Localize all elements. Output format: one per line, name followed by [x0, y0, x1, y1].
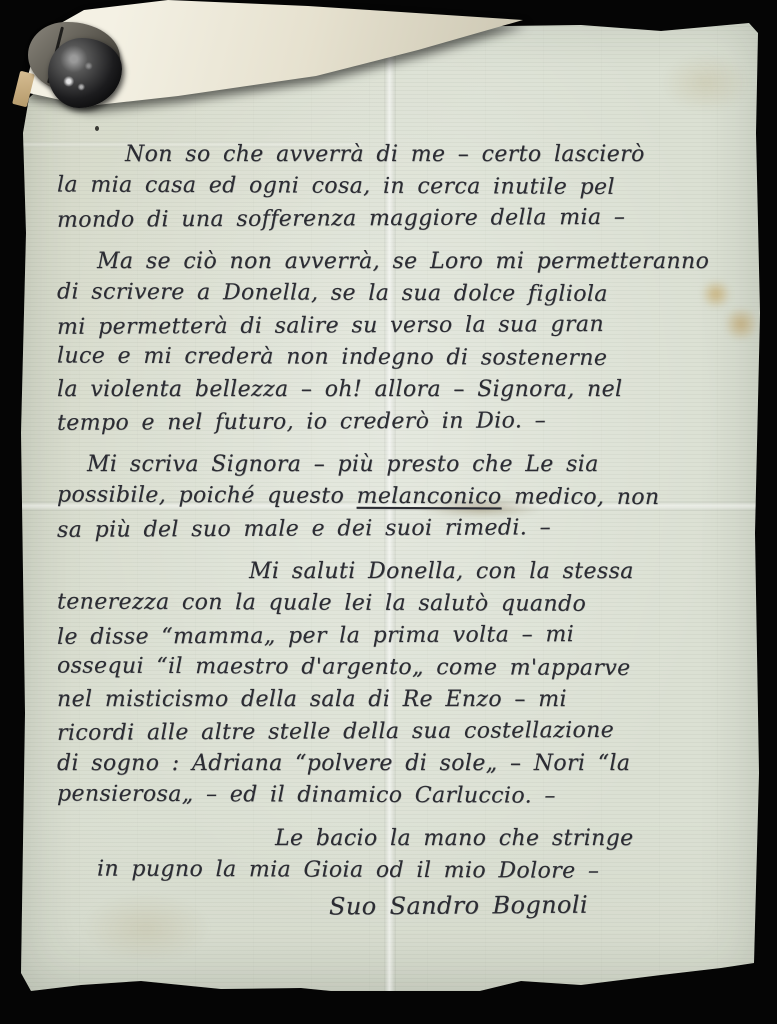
handwritten-line: Le bacio la mano che stringe	[275, 823, 757, 855]
handwritten-line: la mia casa ed ogni cosa, in cerca inuti…	[57, 169, 757, 204]
age-stain	[661, 53, 751, 113]
handwritten-line: la violenta bellezza – oh! allora – Sign…	[57, 374, 757, 406]
handwritten-line: Non so che avverrà di me – certo lascier…	[125, 139, 757, 171]
signature: Suo Sandro Bognoli	[329, 888, 757, 923]
ink-speck	[95, 126, 99, 131]
paragraph: Non so che avverrà di me – certo lascier…	[57, 139, 757, 235]
handwritten-line: possibile, poiché questo melanconico med…	[57, 479, 757, 514]
scanned-letter: Non so che avverrà di me – certo lascier…	[0, 0, 777, 1024]
handwritten-line: di scrivere a Donella, se la sua dolce f…	[57, 276, 757, 311]
handwritten-line: le disse “mamma„ per la prima volta – mi	[57, 618, 757, 654]
paragraph: Ma se ciò non avverrà, se Loro mi permet…	[57, 246, 757, 438]
handwritten-line: Mi saluti Donella, con la stessa	[249, 556, 757, 588]
handwritten-line: pensierosa„ – ed il dinamico Carluccio. …	[57, 778, 757, 813]
handwritten-line: mondo di una sofferenza maggiore della m…	[57, 201, 757, 237]
handwritten-line: ossequi “il maestro d'argento„ come m'ap…	[57, 650, 757, 685]
handwritten-line: tempo e nel futuro, io crederò in Dio. –	[57, 404, 757, 440]
handwritten-line: ricordi alle altre stelle della sua cost…	[57, 714, 757, 750]
letter-paper: Non so che avverrà di me – certo lascier…	[21, 13, 760, 991]
handwritten-line: tenerezza con la quale lei la salutò qua…	[57, 586, 757, 621]
handwritten-line: di sogno : Adriana “polvere di sole„ – N…	[57, 748, 757, 780]
handwritten-line: luce e mi crederà non indegno di sostene…	[57, 340, 757, 375]
handwritten-line: Mi scriva Signora – più presto che Le si…	[87, 449, 757, 481]
handwritten-line: mi permetterà di salire su verso la sua …	[57, 308, 757, 344]
closing-lines: Le bacio la mano che stringein pugno la …	[57, 823, 757, 887]
handwritten-line: Ma se ciò non avverrà, se Loro mi permet…	[97, 246, 757, 278]
handwritten-line: nel misticismo della sala di Re Enzo – m…	[57, 684, 757, 716]
handwritten-line: in pugno la mia Gioia od il mio Dolore –	[97, 854, 757, 889]
paragraph: Mi scriva Signora – più presto che Le si…	[57, 449, 757, 545]
letter-body: Non so che avverrà di me – certo lascier…	[57, 139, 757, 921]
handwritten-line: sa più del suo male e dei suoi rimedi. –	[57, 511, 757, 547]
paragraph: Mi saluti Donella, con la stessatenerezz…	[57, 556, 757, 812]
